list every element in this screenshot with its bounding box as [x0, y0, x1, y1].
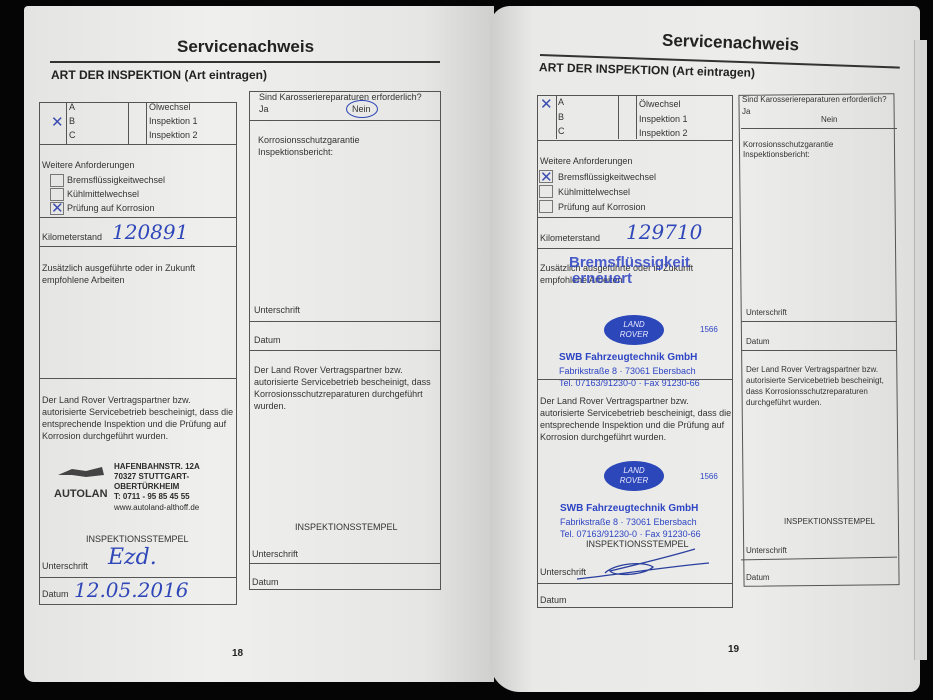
autoland-text: AUTOLAND ALTHOFF — [54, 488, 108, 500]
additional-work-stamp-1: Bremsflüssigkeit — [569, 254, 690, 271]
divider — [39, 144, 237, 145]
corrosion-stamp-label: INSPEKTIONSSTEMPEL — [784, 516, 875, 527]
divider — [537, 217, 733, 218]
inspection-type-c: C — [69, 130, 76, 141]
certification-text: Der Land Rover Vertragspartner bzw. auto… — [42, 394, 234, 442]
divider — [618, 95, 619, 139]
stamp-address-2: 70327 STUTTGART- — [114, 472, 189, 481]
divider — [66, 102, 67, 144]
checkbox-brake-fluid[interactable] — [50, 174, 64, 187]
divider — [146, 102, 147, 144]
mileage-label: Kilometerstand — [42, 232, 102, 243]
stamp-address-1: HAFENBAHNSTR. 12A — [114, 462, 200, 471]
stamp-phone: T: 0711 - 95 85 45 55 — [114, 492, 190, 501]
divider — [741, 128, 897, 129]
divider — [249, 321, 441, 322]
logo-line-2: ROVER — [620, 330, 648, 339]
corrosion-date2-label: Datum — [252, 577, 279, 588]
corrosion-signature-label: Unterschrift — [254, 305, 300, 316]
logo-line-2: ROVER — [620, 476, 648, 485]
divider — [39, 378, 237, 379]
inspection-type-a: A — [69, 102, 75, 113]
stamp-web: www.autoland-althoff.de — [114, 503, 199, 512]
dealer-street: Fabrikstraße 8 · 73061 Ebersbach — [559, 366, 696, 376]
corrosion-signature2-label: Unterschrift — [746, 545, 787, 556]
dealer-number: 1566 — [700, 325, 718, 334]
service-oil-change: Ölwechsel — [149, 102, 191, 113]
mileage-value[interactable]: 129710 — [626, 220, 702, 244]
divider — [39, 217, 237, 218]
corrosion-check-label: Prüfung auf Korrosion — [558, 202, 646, 213]
corrosion-report-label: Korrosionsschutzgarantie Inspektionsberi… — [258, 134, 388, 158]
land-rover-logo-icon: LANDROVER — [604, 315, 664, 345]
dealer-street: Fabrikstraße 8 · 73061 Ebersbach — [560, 517, 697, 527]
corrosion-signature-label: Unterschrift — [746, 307, 787, 318]
checkbox-coolant[interactable] — [539, 185, 553, 198]
body-repair-question: Sind Karosseriereparaturen erforderlich? — [742, 94, 887, 105]
inspection-type-b: B — [69, 116, 75, 127]
inspection-type-c: C — [558, 126, 565, 137]
corrosion-signature2-label: Unterschrift — [252, 549, 298, 560]
coolant-label: Kühlmittelwechsel — [558, 187, 630, 198]
stamp-label: INSPEKTIONSSTEMPEL — [86, 534, 189, 545]
body-repair-question: Sind Karosseriereparaturen erforderlich? — [259, 92, 422, 103]
signature-label: Unterschrift — [42, 561, 88, 572]
divider — [556, 95, 557, 139]
service-inspection-1: Inspektion 1 — [639, 114, 688, 125]
checkmark-x-icon: ✕ — [540, 171, 553, 184]
dealer-number: 1566 — [700, 472, 718, 481]
date-value[interactable]: 12.05.2016 — [74, 578, 189, 602]
body-repair-yes[interactable]: Ja — [259, 104, 269, 115]
divider — [39, 246, 237, 247]
stamp-address-3: OBERTÜRKHEIM — [114, 482, 179, 491]
divider — [636, 95, 637, 139]
signature-value[interactable]: Ezd. — [108, 545, 157, 570]
brake-fluid-label: Bremsflüssigkeitwechsel — [558, 172, 656, 183]
right-page-number: 19 — [728, 644, 739, 655]
corrosion-date-label: Datum — [254, 335, 281, 346]
dealer-phone: Tel. 07163/91230-0 · Fax 91230-66 — [560, 529, 701, 539]
left-page-number: 18 — [232, 648, 243, 659]
corrosion-report-label: Korrosionsschutzgarantie Inspektionsberi… — [743, 140, 863, 160]
checkmark-x-icon[interactable]: ✕ — [540, 98, 553, 111]
divider — [537, 379, 733, 380]
corrosion-date2-label: Datum — [746, 572, 770, 583]
service-inspection-2: Inspektion 2 — [149, 130, 198, 141]
service-inspection-1: Inspektion 1 — [149, 116, 198, 127]
divider — [537, 583, 733, 584]
divider — [249, 350, 441, 351]
corrosion-date-label: Datum — [746, 336, 770, 347]
land-rover-logo-icon: LANDROVER — [604, 461, 664, 491]
service-oil-change: Ölwechsel — [639, 99, 681, 110]
signature-scribble-icon[interactable] — [575, 545, 715, 585]
service-inspection-2: Inspektion 2 — [639, 128, 688, 139]
page-stack-edge — [914, 40, 927, 660]
further-requirements-label: Weitere Anforderungen — [540, 156, 632, 167]
checkmark-x-icon[interactable]: ✕ — [51, 116, 64, 129]
certification-text: Der Land Rover Vertragspartner bzw. auto… — [540, 395, 732, 443]
mileage-label: Kilometerstand — [540, 233, 600, 244]
logo-line-1: LAND — [623, 320, 644, 329]
date-label: Datum — [42, 589, 69, 600]
dealer-company: SWB Fahrzeugtechnik GmbH — [560, 503, 698, 514]
corrosion-check-label: Prüfung auf Korrosion — [67, 203, 155, 214]
dealer-stamp-logo: AUTOLAND ALTHOFF — [52, 465, 108, 513]
corrosion-certification-text: Der Land Rover Vertragspartner bzw. auto… — [254, 364, 440, 412]
circled-answer-icon — [346, 100, 378, 118]
divider — [741, 321, 897, 322]
date-label: Datum — [540, 595, 567, 606]
body-repair-yes[interactable]: Ja — [742, 106, 750, 117]
further-requirements-label: Weitere Anforderungen — [42, 160, 134, 171]
checkmark-x-icon: ✕ — [51, 202, 64, 215]
corrosion-certification-text: Der Land Rover Vertragspartner bzw. auto… — [746, 364, 894, 408]
left-section-heading: ART DER INSPEKTION (Art eintragen) — [51, 68, 267, 82]
body-repair-no[interactable]: Nein — [821, 114, 837, 125]
divider — [128, 102, 129, 144]
corrosion-stamp-label: INSPEKTIONSSTEMPEL — [295, 522, 398, 533]
divider — [249, 120, 441, 121]
divider — [537, 140, 733, 141]
left-page-title: Servicenachweis — [177, 37, 314, 57]
coolant-label: Kühlmittelwechsel — [67, 189, 139, 200]
additional-work-label: Zusätzlich ausgeführte oder in Zukunft e… — [42, 262, 232, 286]
divider — [249, 563, 441, 564]
divider — [537, 248, 733, 249]
additional-work-stamp-2: erneuert — [572, 270, 632, 287]
dealer-company: SWB Fahrzeugtechnik GmbH — [559, 352, 697, 363]
mileage-value[interactable]: 120891 — [112, 220, 188, 244]
inspection-type-b: B — [558, 112, 564, 123]
brake-fluid-label: Bremsflüssigkeitwechsel — [67, 175, 165, 186]
divider — [741, 350, 897, 351]
inspection-type-a: A — [558, 97, 564, 108]
checkbox-corrosion[interactable] — [539, 200, 553, 213]
left-title-rule — [50, 61, 440, 63]
logo-line-1: LAND — [623, 466, 644, 475]
